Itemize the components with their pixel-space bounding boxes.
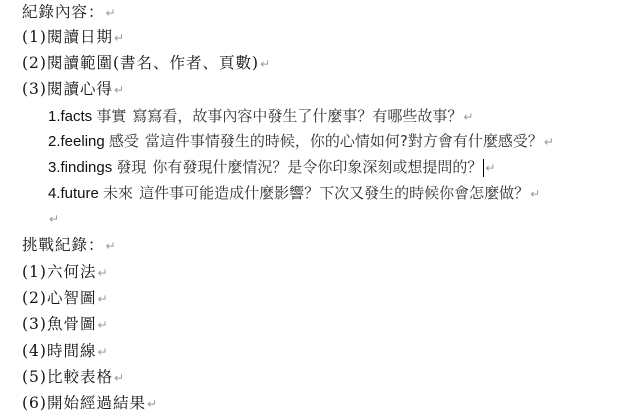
paragraph-mark-icon: ↵ (260, 57, 270, 71)
heading-text: 挑戰紀錄： (22, 236, 105, 254)
point-prompt: 你有發現什麼情況？是令你印象深刻或想提問的？ (152, 158, 482, 176)
record-item-reading-range: (2)閱讀範圍(書名、作者、頁數)↵ (22, 51, 270, 75)
point-prompt: 寫寫看，故事內容中發生了什麼事？有哪些故事？ (132, 107, 462, 125)
paragraph-mark-icon: ↵ (106, 6, 116, 20)
item-label: (3)魚骨圖 (22, 315, 96, 333)
reflection-point-future: 4.future 未來這件事可能造成什麼影響？下次又發生的時候你會怎麼做？↵ (48, 181, 540, 205)
record-item-reading-reflection: (3)閱讀心得↵ (22, 77, 124, 101)
point-zh: 感受 (109, 132, 139, 150)
challenge-item-fishbone: (3)魚骨圖↵ (22, 312, 108, 336)
challenge-item-5w1h: (1)六何法↵ (22, 260, 108, 284)
empty-paragraph: ↵ (48, 207, 59, 231)
paragraph-mark-icon: ↵ (147, 397, 157, 411)
paragraph-mark-icon: ↵ (463, 110, 473, 124)
point-prompt: 這件事可能造成什麼影響？下次又發生的時候你會怎麼做？ (139, 184, 529, 202)
reflection-point-feeling: 2.feeling 感受當這件事情發生的時候，你的心情如何?對方會有什麼感受？↵ (48, 129, 554, 153)
reflection-point-findings: 3.findings 發現你有發現什麼情況？是令你印象深刻或想提問的？↵ (48, 155, 495, 179)
point-en: 2.feeling (48, 133, 105, 150)
paragraph-mark-icon: ↵ (97, 292, 107, 306)
challenge-record-heading: 挑戰紀錄：↵ (22, 233, 116, 257)
paragraph-mark-icon: ↵ (97, 318, 107, 332)
item-label: (1)閱讀日期 (22, 28, 113, 46)
heading-text: 紀錄內容： (22, 3, 105, 21)
item-label: (2)閱讀範圍(書名、作者、頁數) (22, 54, 259, 72)
record-item-reading-date: (1)閱讀日期↵ (22, 25, 124, 49)
paragraph-mark-icon: ↵ (106, 239, 116, 253)
paragraph-mark-icon: ↵ (114, 83, 124, 97)
point-prompt: 當這件事情發生的時候，你的心情如何?對方會有什麼感受？ (145, 132, 543, 150)
paragraph-mark-icon: ↵ (530, 187, 540, 201)
point-zh: 事實 (96, 107, 126, 125)
challenge-item-comparison-table: (5)比較表格↵ (22, 365, 124, 389)
reflection-point-facts: 1.facts 事實寫寫看，故事內容中發生了什麼事？有哪些故事？↵ (48, 104, 473, 128)
challenge-item-timeline: (4)時間線↵ (22, 339, 108, 363)
paragraph-mark-icon: ↵ (49, 212, 59, 226)
challenge-item-mind-map: (2)心智圖↵ (22, 286, 108, 310)
challenge-item-beginning-process-result: (6)開始經過結果↵ (22, 391, 157, 415)
item-label: (1)六何法 (22, 263, 96, 281)
item-label: (6)開始經過結果 (22, 394, 146, 412)
point-en: 4.future (48, 185, 99, 202)
item-label: (4)時間線 (22, 342, 96, 360)
paragraph-mark-icon: ↵ (485, 161, 495, 175)
item-label: (5)比較表格 (22, 368, 113, 386)
point-zh: 未來 (103, 184, 133, 202)
paragraph-mark-icon: ↵ (97, 345, 107, 359)
record-content-heading: 紀錄內容：↵ (22, 0, 116, 24)
paragraph-mark-icon: ↵ (544, 135, 554, 149)
point-en: 3.findings (48, 159, 112, 176)
item-label: (3)閱讀心得 (22, 80, 113, 98)
point-zh: 發現 (116, 158, 146, 176)
paragraph-mark-icon: ↵ (114, 371, 124, 385)
paragraph-mark-icon: ↵ (97, 266, 107, 280)
item-label: (2)心智圖 (22, 289, 96, 307)
point-en: 1.facts (48, 108, 92, 125)
paragraph-mark-icon: ↵ (114, 31, 124, 45)
